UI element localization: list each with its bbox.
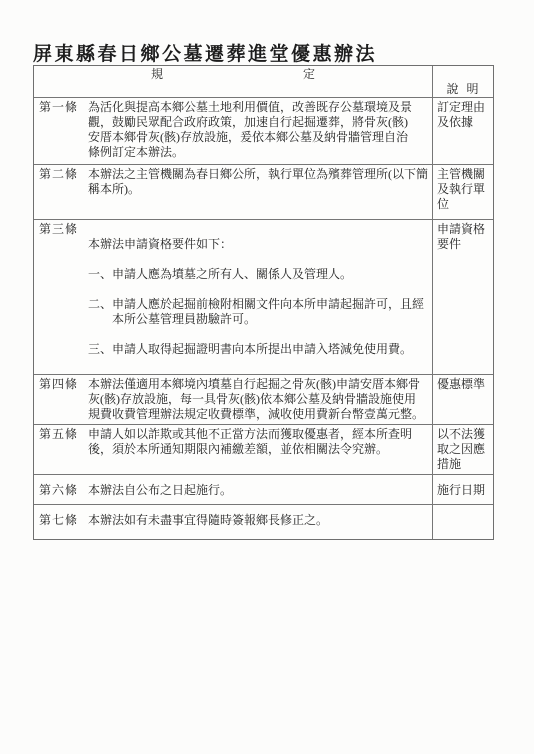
article-3-number: 第三條 bbox=[34, 222, 88, 237]
article-5-cell: 第五條 申請人如以詐欺或其他不正當方法而獲取優惠者，經本所查明 後，須於本所通知… bbox=[34, 425, 432, 474]
article-3-cell: 第三條 本辦法申請資格要件如下： 一、申請人應為墳墓之所有人、關係人及管理人。 … bbox=[34, 220, 432, 374]
table-row-article-5: 第五條 申請人如以詐欺或其他不正當方法而獲取優惠者，經本所查明 後，須於本所通知… bbox=[34, 425, 493, 475]
article-2-text: 本辦法之主管機關為春日鄉公所，執行單位為殯葬管理所(以下簡 稱本所)。 bbox=[88, 167, 432, 197]
table-header-row: 規定 說明 bbox=[34, 66, 493, 98]
document-title: 屏東縣春日鄉公墓遷葬進堂優惠辦法 bbox=[33, 39, 377, 66]
article-1-cell: 第一條 為活化與提高本鄉公墓土地利用價值，改善既存公墓環境及景 觀，鼓勵民眾配合… bbox=[34, 98, 432, 164]
article-4-note: 優惠標準 bbox=[432, 375, 492, 424]
article-6-number: 第六條 bbox=[34, 483, 88, 498]
article-4-text: 本辦法僅適用本鄉境內墳墓自行起掘之骨灰(骸)申請安厝本鄉骨 灰(骸)存放設施，每… bbox=[88, 377, 432, 422]
article-3-intro: 本辦法申請資格要件如下： bbox=[88, 237, 432, 252]
article-3-body: 本辦法申請資格要件如下： 一、申請人應為墳墓之所有人、關係人及管理人。 二、申請… bbox=[88, 222, 432, 372]
table-row-article-6: 第六條 本辦法自公布之日起施行。 施行日期 bbox=[34, 475, 493, 505]
column-header-note: 說明 bbox=[432, 66, 492, 97]
table-row-article-7: 第七條 本辦法如有未盡事宜得隨時簽報鄉長修正之。 bbox=[34, 505, 493, 539]
column-header-regulation-label: 規定 bbox=[151, 67, 455, 82]
column-header-note-label: 說明 bbox=[437, 82, 496, 97]
regulation-table: 規定 說明 第一條 為活化與提高本鄉公墓土地利用價值，改善既存公墓環境及景 觀，… bbox=[33, 65, 494, 540]
article-6-cell: 第六條 本辦法自公布之日起施行。 bbox=[34, 475, 432, 504]
article-7-cell: 第七條 本辦法如有未盡事宜得隨時簽報鄉長修正之。 bbox=[34, 505, 432, 539]
article-4-cell: 第四條 本辦法僅適用本鄉境內墳墓自行起掘之骨灰(骸)申請安厝本鄉骨 灰(骸)存放… bbox=[34, 375, 432, 424]
article-7-text: 本辦法如有未盡事宜得隨時簽報鄉長修正之。 bbox=[88, 513, 432, 528]
article-7-note bbox=[432, 505, 492, 539]
column-header-regulation: 規定 bbox=[34, 66, 432, 97]
article-2-cell: 第二條 本辦法之主管機關為春日鄉公所，執行單位為殯葬管理所(以下簡 稱本所)。 bbox=[34, 165, 432, 219]
article-6-text: 本辦法自公布之日起施行。 bbox=[88, 483, 432, 498]
table-row-article-1: 第一條 為活化與提高本鄉公墓土地利用價值，改善既存公墓環境及景 觀，鼓勵民眾配合… bbox=[34, 98, 493, 165]
article-5-number: 第五條 bbox=[34, 427, 88, 442]
article-6-note: 施行日期 bbox=[432, 475, 492, 504]
article-1-text: 為活化與提高本鄉公墓土地利用價值，改善既存公墓環境及景 觀，鼓勵民眾配合政府政策… bbox=[88, 100, 432, 160]
article-3-item-1: 一、申請人應為墳墓之所有人、關係人及管理人。 bbox=[88, 267, 432, 282]
scanned-document-page: 屏東縣春日鄉公墓遷葬進堂優惠辦法 規定 說明 第一條 為活化與提高本鄉公墓土地利… bbox=[0, 0, 534, 754]
article-2-note: 主管機關及執行單位 bbox=[432, 165, 492, 219]
table-row-article-4: 第四條 本辦法僅適用本鄉境內墳墓自行起掘之骨灰(骸)申請安厝本鄉骨 灰(骸)存放… bbox=[34, 375, 493, 425]
article-5-text: 申請人如以詐欺或其他不正當方法而獲取優惠者，經本所查明 後，須於本所通知期限內補… bbox=[88, 427, 432, 457]
article-5-note: 以不法獲取之因應措施 bbox=[432, 425, 492, 474]
article-1-note: 訂定理由及依據 bbox=[432, 98, 492, 164]
article-3-note: 申請資格要件 bbox=[432, 220, 492, 374]
article-7-number: 第七條 bbox=[34, 513, 88, 528]
article-2-number: 第二條 bbox=[34, 167, 88, 182]
article-3-item-2: 二、申請人應於起掘前檢附相關文件向本所申請起掘許可，且經 本所公墓管理員勘驗許可… bbox=[88, 297, 432, 327]
article-4-number: 第四條 bbox=[34, 377, 88, 392]
article-3-item-3: 三、申請人取得起掘證明書向本所提出申請入塔減免使用費。 bbox=[88, 342, 432, 357]
article-1-number: 第一條 bbox=[34, 100, 88, 115]
table-row-article-3: 第三條 本辦法申請資格要件如下： 一、申請人應為墳墓之所有人、關係人及管理人。 … bbox=[34, 220, 493, 375]
table-row-article-2: 第二條 本辦法之主管機關為春日鄉公所，執行單位為殯葬管理所(以下簡 稱本所)。 … bbox=[34, 165, 493, 220]
